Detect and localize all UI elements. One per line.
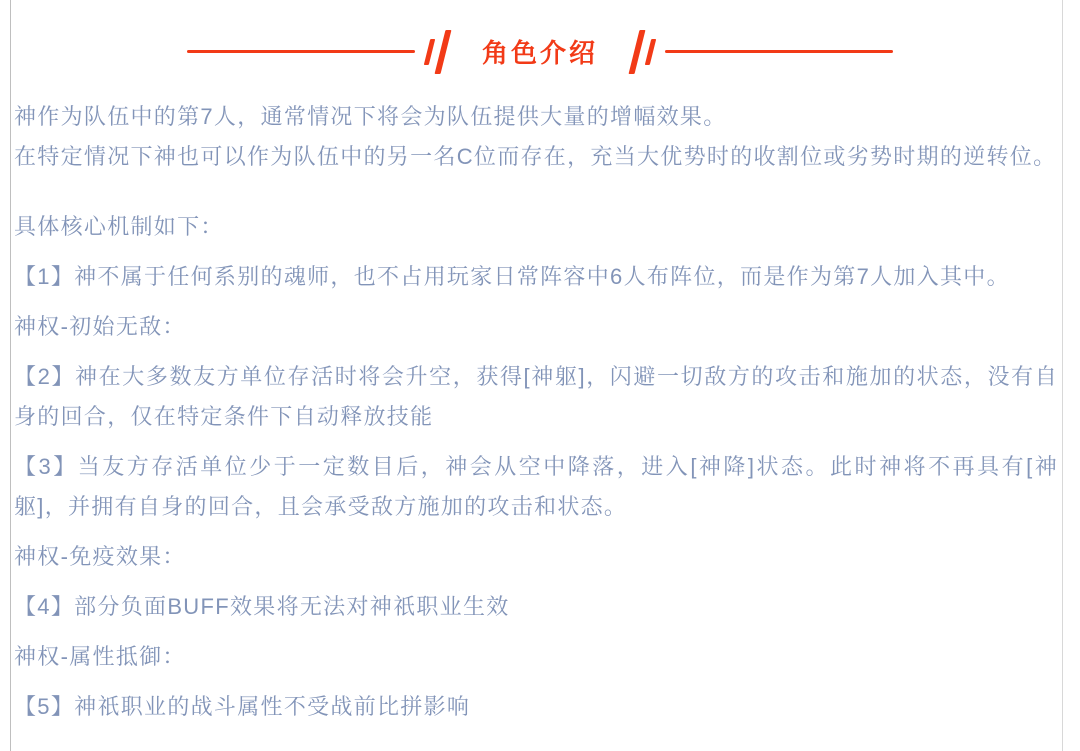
slash-icon [645, 39, 656, 65]
slash-icon [629, 30, 646, 74]
article-page: 角色介绍 神作为队伍中的第7人，通常情况下将会为队伍提供大量的增幅效果。 在特定… [0, 0, 1080, 751]
title-rule-left [187, 50, 415, 53]
mechanic-5-paragraph: 【5】神祇职业的战斗属性不受战前比拼影响 [14, 687, 1058, 727]
mechanic-3-paragraph: 【3】当友方存活单位少于一定数目后，神会从空中降落，进入[神降]状态。此时神将不… [14, 447, 1058, 527]
mechanic-1-paragraph: 【1】神不属于任何系别的魂师，也不占用玩家日常阵容中6人布阵位，而是作为第7人加… [14, 257, 1058, 297]
page-title: 角色介绍 [482, 33, 598, 70]
heading-attribute-resist: 神权-属性抵御： [14, 637, 1058, 677]
double-slash-icon-left [427, 30, 446, 74]
article-body: 神作为队伍中的第7人，通常情况下将会为队伍提供大量的增幅效果。 在特定情况下神也… [0, 97, 1080, 727]
title-rule-right [665, 50, 893, 53]
slash-icon [434, 30, 451, 74]
heading-initial-invincibility: 神权-初始无敌： [14, 307, 1058, 347]
page-border-right [1062, 0, 1063, 751]
core-mechanics-heading: 具体核心机制如下： [14, 207, 1058, 247]
double-slash-icon-right [634, 30, 653, 74]
mechanic-2-paragraph: 【2】神在大多数友方单位存活时将会升空，获得[神躯]，闪避一切敌方的攻击和施加的… [14, 357, 1058, 437]
page-border-left [10, 0, 11, 751]
intro-line-1: 神作为队伍中的第7人，通常情况下将会为队伍提供大量的增幅效果。 [14, 97, 1058, 137]
section-title-banner: 角色介绍 [0, 0, 1080, 97]
intro-line-2: 在特定情况下神也可以作为队伍中的另一名C位而存在，充当大优势时的收割位或劣势时期… [14, 137, 1058, 177]
heading-immunity-effect: 神权-免疫效果： [14, 537, 1058, 577]
intro-paragraph: 神作为队伍中的第7人，通常情况下将会为队伍提供大量的增幅效果。 在特定情况下神也… [14, 97, 1058, 177]
mechanic-4-paragraph: 【4】部分负面BUFF效果将无法对神祇职业生效 [14, 587, 1058, 627]
slash-icon [424, 39, 435, 65]
